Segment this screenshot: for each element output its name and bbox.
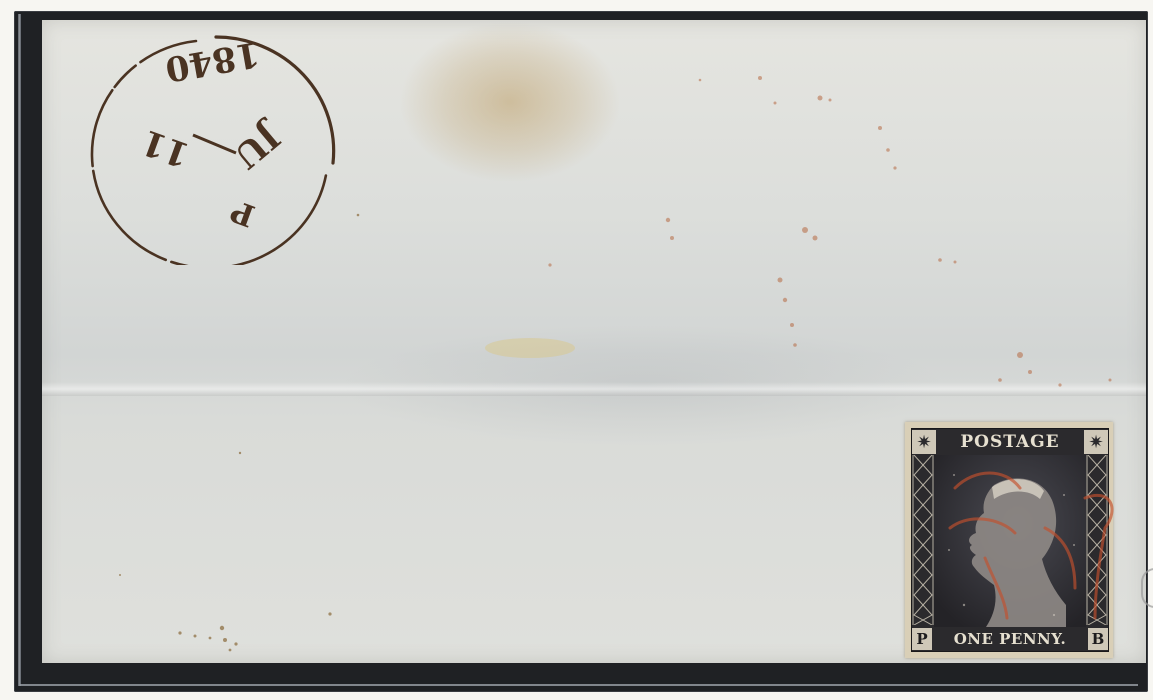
queen-victoria-portrait: [934, 455, 1086, 627]
edge-mark: [1141, 568, 1153, 608]
stamp-top-band: ✷ POSTAGE ✷: [912, 429, 1108, 455]
stamp-postage-label: POSTAGE: [960, 432, 1059, 452]
star-icon: ✷: [912, 430, 936, 454]
right-lattice-border: [1086, 455, 1108, 625]
stamp-bottom-band: P ONE PENNY. B: [912, 627, 1108, 651]
mount-edge-highlight: [18, 14, 21, 686]
left-lattice-border: [912, 455, 934, 625]
postmark-day: 11: [137, 121, 195, 175]
star-icon: ✷: [1084, 430, 1108, 454]
circular-datestamp: 1840 JU 11 P: [88, 25, 338, 265]
corner-letter-right: B: [1088, 628, 1108, 650]
penny-black-stamp: ✷ POSTAGE ✷: [911, 428, 1109, 652]
mount-bottom-highlight: [20, 684, 1138, 686]
postmark-month: JU: [226, 114, 289, 176]
postmark-letter: P: [226, 192, 259, 233]
stamp-value-label: ONE PENNY.: [954, 630, 1067, 648]
corner-letter-left: P: [912, 628, 932, 650]
stamp-margin: ✷ POSTAGE ✷: [905, 422, 1113, 658]
postmark-year: 1840: [162, 33, 262, 89]
paper-fold: [42, 382, 1146, 396]
